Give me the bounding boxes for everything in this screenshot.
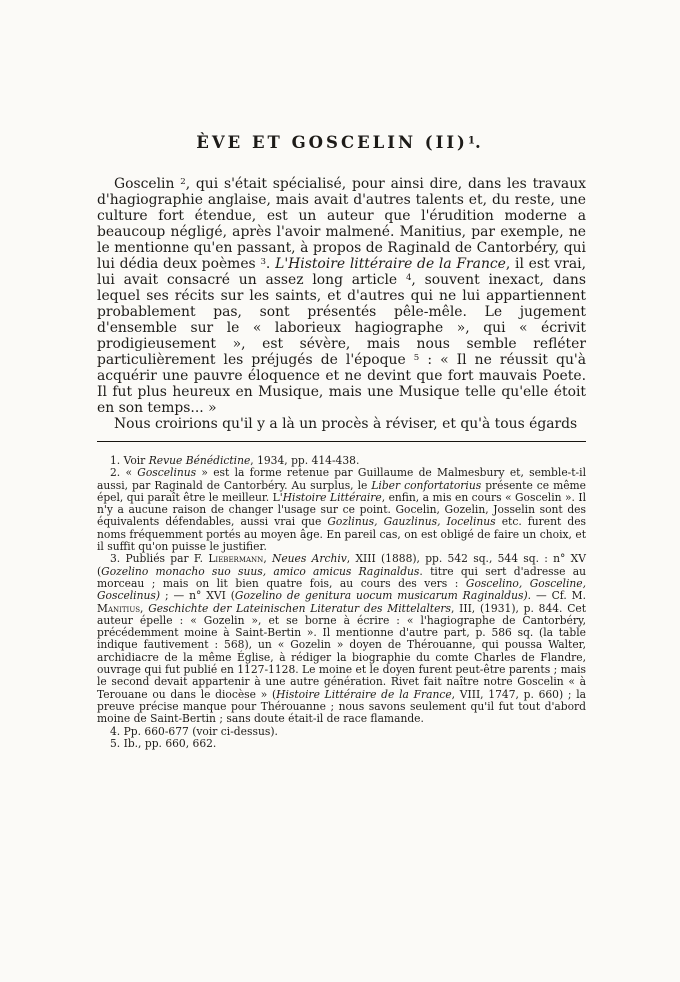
text-run: Gozelino monacho suo suus, amico amicus … (101, 565, 419, 578)
text-run: L'Histoire littéraire de la France (275, 256, 506, 272)
text-run: Manitius (97, 602, 140, 615)
text-run: Gozlinus, Gauzlinus, Iocelinus (327, 515, 495, 528)
text-run: , (140, 602, 148, 615)
text-run: ÈVE ET GOSCELIN (II) (196, 133, 468, 152)
text-run: Liber confortatorius (371, 479, 481, 492)
text-run: . (475, 133, 484, 152)
footnote-5: 5. Ib., pp. 660, 662. (97, 738, 586, 750)
text-run: Histoire Littéraire (283, 491, 382, 504)
text-run: . (266, 256, 275, 272)
text-run: Goscelin (114, 176, 180, 192)
text-run: Revue Bénédictine (149, 454, 251, 467)
text-run: Goscelinus (137, 466, 196, 479)
text-run: 1. Voir (110, 454, 149, 467)
text-run: , 1934, pp. 414-438. (250, 454, 359, 467)
footnote-3: 3. Publiés par F. Liebermann, Neues Arch… (97, 553, 586, 725)
paragraph-1: Goscelin 2, qui s'était spécialisé, pour… (97, 176, 586, 416)
text-run: Gozelino de genitura uocum musicarum Rag… (235, 589, 528, 602)
text-run: Nous croirions qu'il y a là un procès à … (114, 416, 577, 432)
text-run: 3. Publiés par F. (110, 552, 208, 565)
text-run: 4. Pp. 660-677 (voir ci-dessus). (110, 725, 278, 738)
text-run: Histoire Littéraire de la France (276, 688, 452, 701)
article-body: Goscelin 2, qui s'était spécialisé, pour… (97, 176, 586, 432)
text-run: 5. Ib., pp. 660, 662. (110, 737, 216, 750)
footnote-2: 2. « Goscelinus » est la forme retenue p… (97, 467, 586, 553)
text-run: Liebermann (208, 552, 263, 565)
text-run: ; — n° XVI ( (160, 589, 235, 602)
page-title: ÈVE ET GOSCELIN (II)1. (0, 133, 680, 152)
text-run: . — Cf. M. (528, 589, 586, 602)
text-run: , (263, 552, 272, 565)
paragraph-2: Nous croirions qu'il y a là un procès à … (97, 416, 586, 432)
text-run: , III, (1931), p. 844. Cet auteur épelle… (97, 602, 586, 701)
text-run: Neues Archiv (272, 552, 347, 565)
text-run: 1 (468, 134, 475, 146)
footnotes-section: 1. Voir Revue Bénédictine, 1934, pp. 414… (97, 455, 586, 750)
text-run: 2. « (110, 466, 137, 479)
scanned-page: ÈVE ET GOSCELIN (II)1. Goscelin 2, qui s… (0, 0, 680, 982)
footnote-separator (97, 441, 586, 442)
text-run: Geschichte der Lateinischen Literatur de… (148, 602, 451, 615)
